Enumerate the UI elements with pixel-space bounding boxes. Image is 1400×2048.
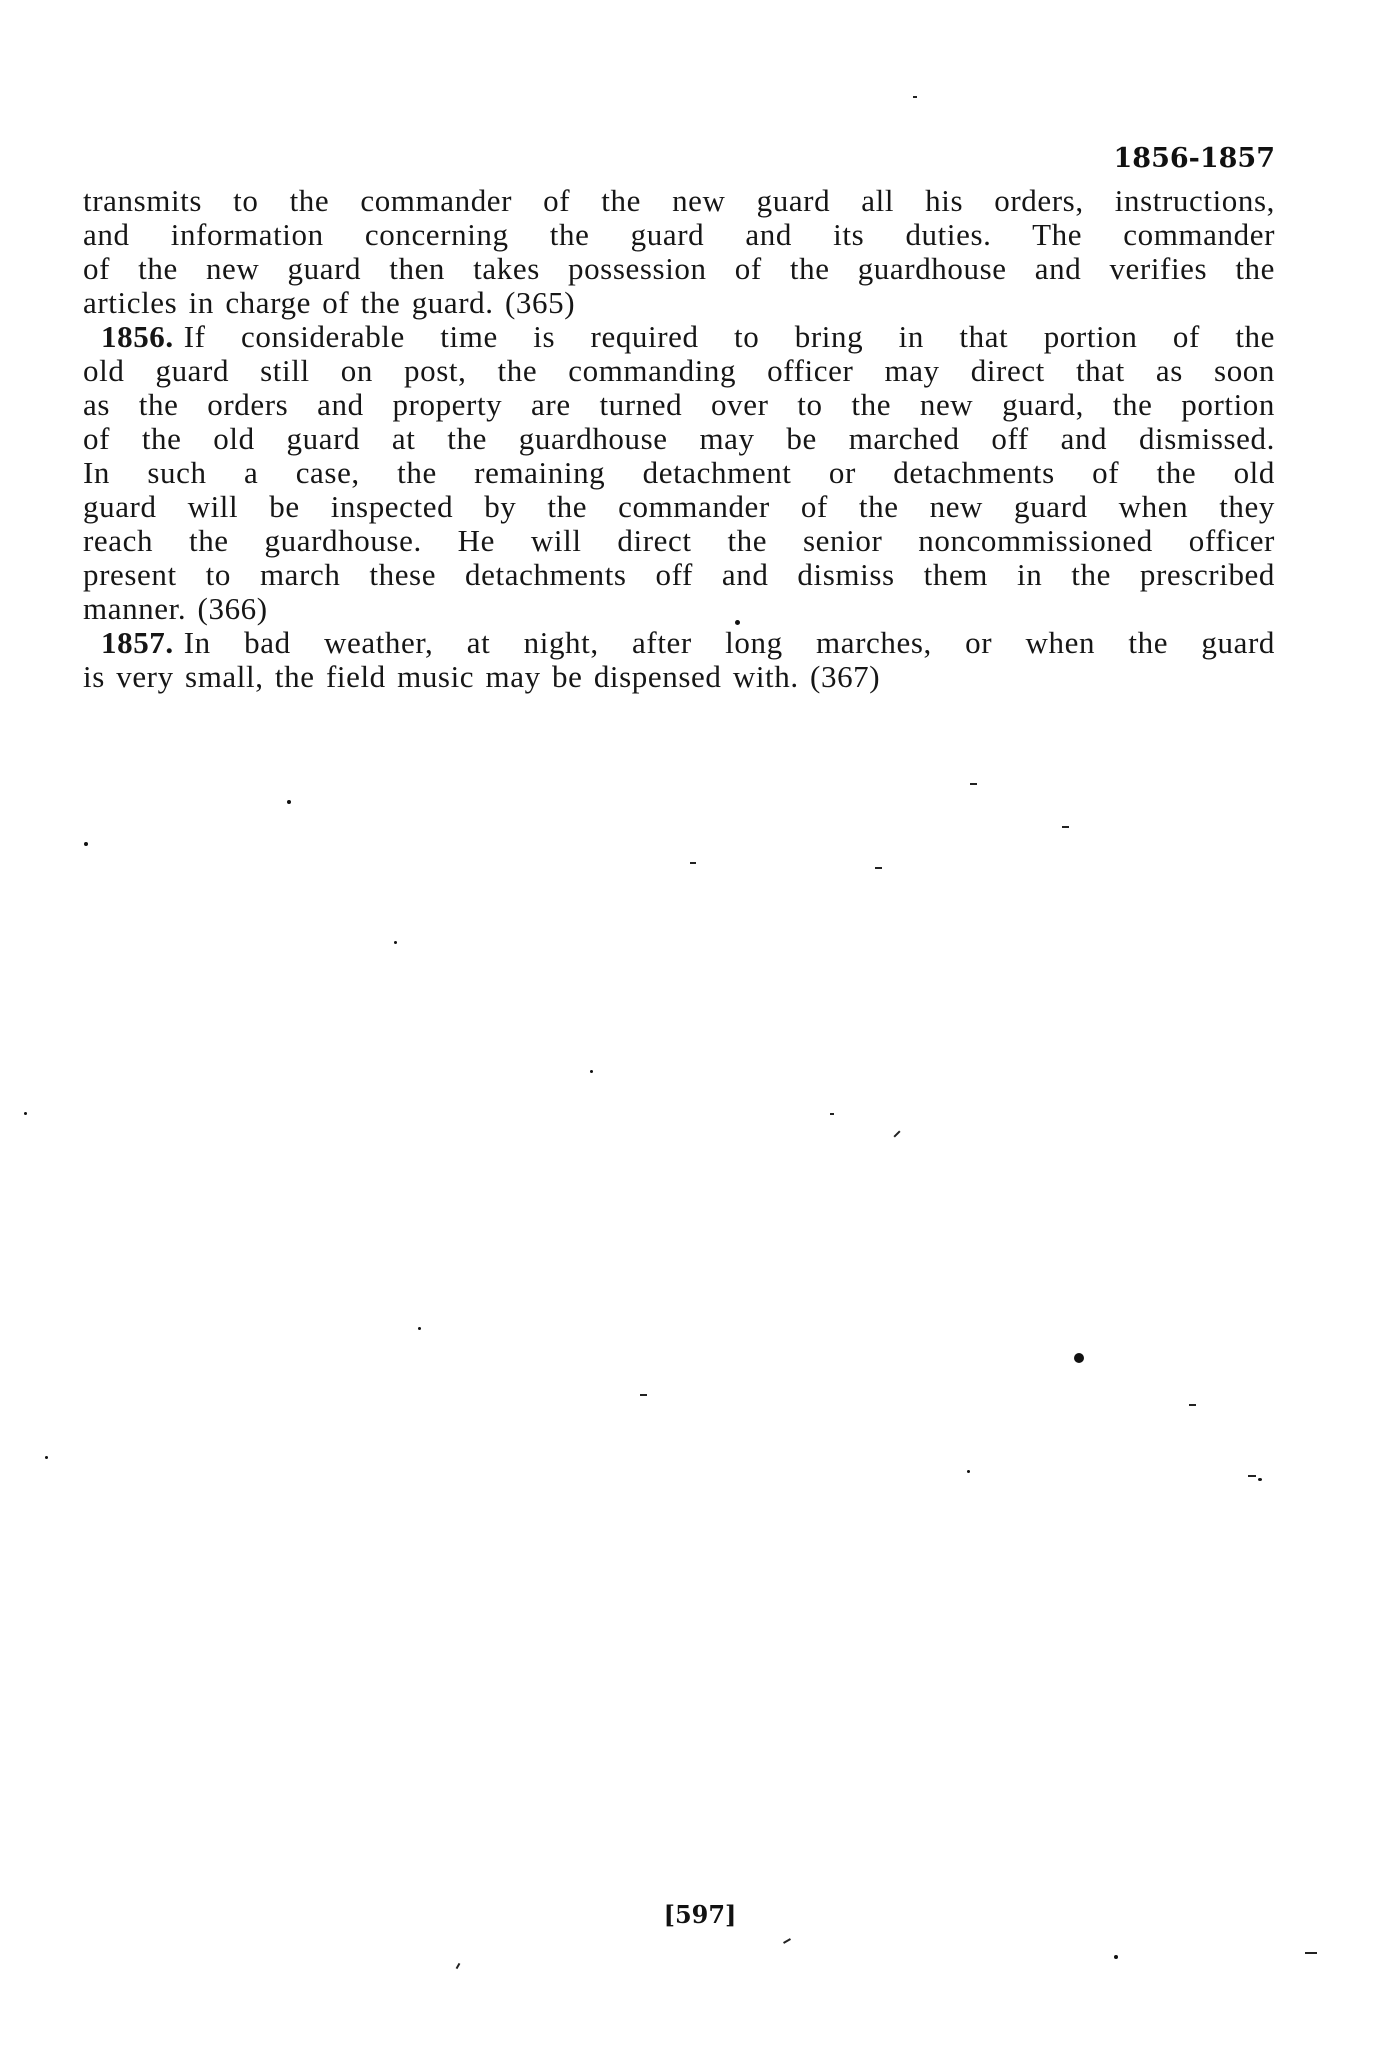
text-line: In such a case, the remaining detachment… <box>83 456 1275 490</box>
scan-speck <box>45 1456 48 1459</box>
scan-speck <box>913 96 917 98</box>
text-line: present to march these detachments off a… <box>83 558 1275 592</box>
scan-speck <box>84 842 88 846</box>
scan-speck <box>640 1394 647 1396</box>
scan-speck <box>394 941 397 944</box>
scan-speck <box>418 1327 421 1330</box>
text-line: 1857.In bad weather, at night, after lon… <box>83 626 1275 660</box>
paragraph-number: 1856. <box>101 319 174 354</box>
scan-speck <box>1114 1955 1118 1959</box>
scan-speck <box>1074 1353 1084 1363</box>
paragraph-number: 1857. <box>101 625 174 660</box>
scan-speck <box>783 1938 791 1944</box>
text-line-content: In bad weather, at night, after long mar… <box>184 625 1275 660</box>
page-number: [597] <box>620 1900 780 1929</box>
scan-speck <box>875 867 882 869</box>
text-line: and information concerning the guard and… <box>83 218 1275 252</box>
paragraph-1856: 1856.If considerable time is required to… <box>83 320 1275 626</box>
text-line: is very small, the field music may be di… <box>83 660 1275 694</box>
scan-speck <box>24 1112 27 1115</box>
scan-speck <box>590 1070 593 1073</box>
text-line: guard will be inspected by the commander… <box>83 490 1275 524</box>
paragraph-continuation: transmits to the commander of the new gu… <box>83 184 1275 320</box>
scan-speck <box>830 1113 834 1115</box>
scan-speck <box>967 1470 970 1473</box>
text-line: transmits to the commander of the new gu… <box>83 184 1275 218</box>
running-head: 1856-1857 <box>1100 143 1275 174</box>
text-line: old guard still on post, the commanding … <box>83 354 1275 388</box>
text-line: manner. (366) <box>83 592 1275 626</box>
body-text: transmits to the commander of the new gu… <box>83 184 1275 694</box>
scan-speck <box>287 800 291 804</box>
scan-speck <box>1189 1404 1196 1406</box>
document-page: 1856-1857 transmits to the commander of … <box>0 0 1400 2048</box>
scan-speck <box>1258 1478 1262 1481</box>
scan-speck <box>893 1130 900 1137</box>
scan-speck <box>1062 826 1069 828</box>
text-line: of the old guard at the guardhouse may b… <box>83 422 1275 456</box>
text-line: reach the guardhouse. He will direct the… <box>83 524 1275 558</box>
text-line-content: If considerable time is required to brin… <box>184 319 1275 354</box>
text-line: 1856.If considerable time is required to… <box>83 320 1275 354</box>
text-line: as the orders and property are turned ov… <box>83 388 1275 422</box>
scan-speck <box>1248 1475 1256 1477</box>
scan-speck <box>690 862 696 864</box>
text-line: articles in charge of the guard. (365) <box>83 286 1275 320</box>
scan-speck <box>970 783 977 785</box>
scan-speck <box>735 620 740 625</box>
paragraph-1857: 1857.In bad weather, at night, after lon… <box>83 626 1275 694</box>
text-line: of the new guard then takes possession o… <box>83 252 1275 286</box>
scan-speck <box>456 1963 461 1969</box>
scan-speck <box>1305 1952 1317 1954</box>
